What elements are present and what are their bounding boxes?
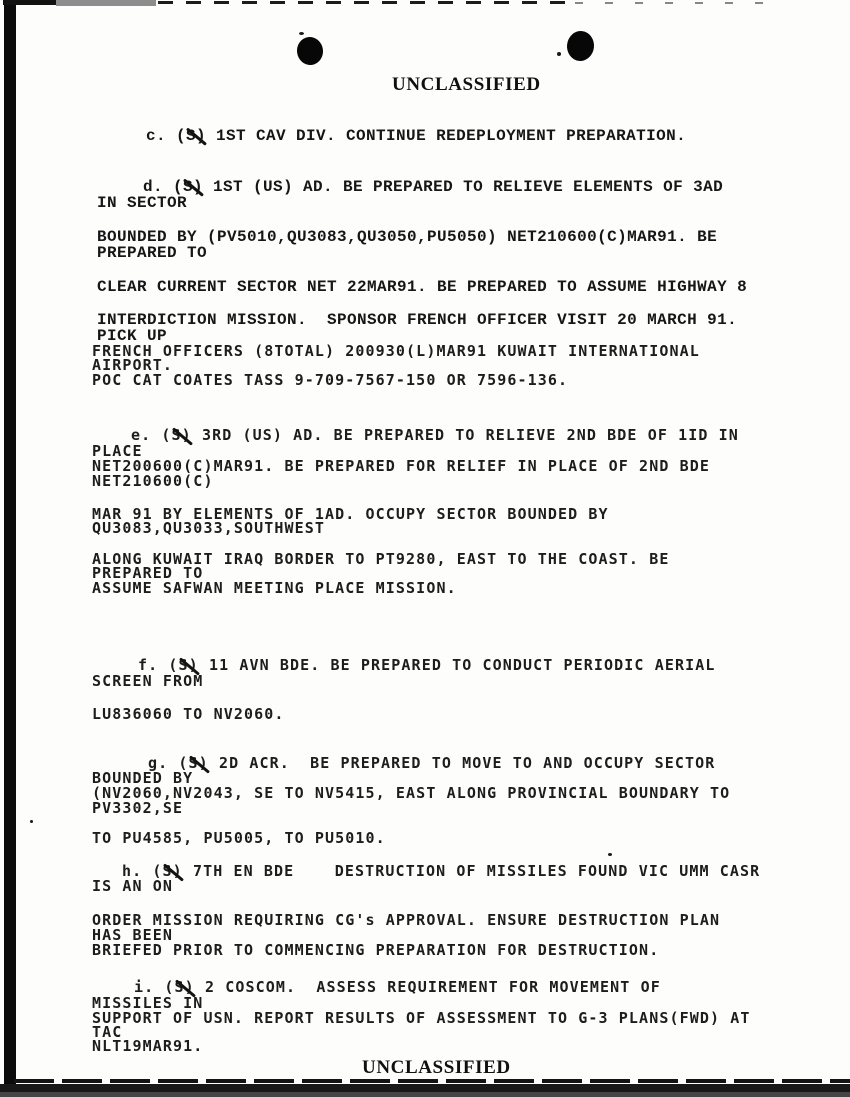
- paragraph-label: c.: [146, 127, 176, 145]
- line-text: 7TH EN BDE DESTRUCTION OF MISSILES FOUND…: [183, 862, 760, 880]
- text-line: PV3302,SE: [92, 801, 183, 816]
- scan-border-top-gray: [56, 0, 156, 6]
- scan-border-top-dashes-faint: [575, 2, 785, 4]
- scan-border-bottom-band: [0, 1084, 850, 1092]
- line-text: 3RD (US) AD. BE PREPARED TO RELIEVE 2ND …: [192, 426, 739, 444]
- text-line: IS AN ON: [92, 879, 173, 894]
- text-line: PREPARED TO: [97, 245, 207, 261]
- classification-marker-struck: (S): [176, 128, 206, 144]
- paragraph-h: h. (S) 7TH EN BDE DESTRUCTION OF MISSILE…: [122, 864, 760, 879]
- text-line: BRIEFED PRIOR TO COMMENCING PREPARATION …: [92, 943, 659, 958]
- text-line: CLEAR CURRENT SECTOR NET 22MAR91. BE PRE…: [97, 279, 747, 295]
- text-line: (NV2060,NV2043, SE TO NV5415, EAST ALONG…: [92, 786, 730, 801]
- paragraph-f: f. (S) 11 AVN BDE. BE PREPARED TO CONDUC…: [138, 658, 715, 673]
- text-line: TO PU4585, PU5005, TO PU5010.: [92, 831, 386, 846]
- text-line: ORDER MISSION REQUIRING CG's APPROVAL. E…: [92, 913, 720, 928]
- paragraph-e: e. (S) 3RD (US) AD. BE PREPARED TO RELIE…: [131, 428, 739, 443]
- scan-speck: [608, 853, 612, 856]
- scan-border-bottom-band-gray: [0, 1092, 850, 1097]
- line-text: 1ST (US) AD. BE PREPARED TO RELIEVE ELEM…: [203, 178, 723, 196]
- scan-speck: [299, 32, 304, 35]
- text-line: NLT19MAR91.: [92, 1039, 203, 1054]
- text-line: BOUNDED BY (PV5010,QU3083,QU3050,PU5050)…: [97, 229, 717, 245]
- scan-border-left: [4, 0, 16, 1085]
- text-line: INTERDICTION MISSION. SPONSOR FRENCH OFF…: [97, 312, 737, 328]
- scan-speck: [557, 52, 561, 56]
- paragraph-c: c. (S) 1ST CAV DIV. CONTINUE REDEPLOYMEN…: [146, 128, 686, 144]
- paragraph-d: d. (S) 1ST (US) AD. BE PREPARED TO RELIE…: [143, 179, 723, 195]
- scan-border-top: [3, 0, 58, 5]
- text-line: ASSUME SAFWAN MEETING PLACE MISSION.: [92, 581, 457, 596]
- text-line: QU3083,QU3033,SOUTHWEST: [92, 521, 325, 536]
- classification-header: UNCLASSIFIED: [392, 75, 541, 94]
- scan-border-bottom-dashes: [14, 1079, 850, 1083]
- line-text: 2D ACR. BE PREPARED TO MOVE TO AND OCCUP…: [209, 754, 716, 772]
- ink-dot-right: [566, 30, 596, 63]
- classification-marker-struck: (S): [164, 980, 194, 995]
- text-line: LU836060 TO NV2060.: [92, 707, 284, 722]
- text-line: IN SECTOR: [97, 195, 187, 211]
- scan-speck: [30, 820, 33, 823]
- line-text: 2 COSCOM. ASSESS REQUIREMENT FOR MOVEMEN…: [195, 978, 661, 996]
- scan-border-top-dashes: [158, 1, 570, 4]
- classification-marker-struck: (S): [161, 428, 191, 443]
- text-line: NET210600(C): [92, 474, 214, 489]
- text-line: SCREEN FROM: [92, 674, 203, 689]
- text-line: FRENCH OFFICERS (8TOTAL) 200930(L)MAR91 …: [92, 344, 700, 359]
- paragraph-i: i. (S) 2 COSCOM. ASSESS REQUIREMENT FOR …: [134, 980, 661, 995]
- line-text: 1ST CAV DIV. CONTINUE REDEPLOYMENT PREPA…: [206, 127, 686, 145]
- text-line: POC CAT COATES TASS 9-709-7567-150 OR 75…: [92, 373, 568, 388]
- line-text: 11 AVN BDE. BE PREPARED TO CONDUCT PERIO…: [199, 656, 716, 674]
- classification-marker-struck: (S): [173, 179, 203, 195]
- text-line: SUPPORT OF USN. REPORT RESULTS OF ASSESS…: [92, 1011, 751, 1026]
- scanned-document-page: UNCLASSIFIED UNCLASSIFIED c. (S) 1ST CAV…: [0, 0, 850, 1097]
- classification-footer: UNCLASSIFIED: [362, 1058, 511, 1077]
- ink-dot-left: [295, 35, 325, 66]
- paragraph-g: g. (S) 2D ACR. BE PREPARED TO MOVE TO AN…: [148, 756, 715, 771]
- classification-marker-struck: (S): [168, 658, 198, 673]
